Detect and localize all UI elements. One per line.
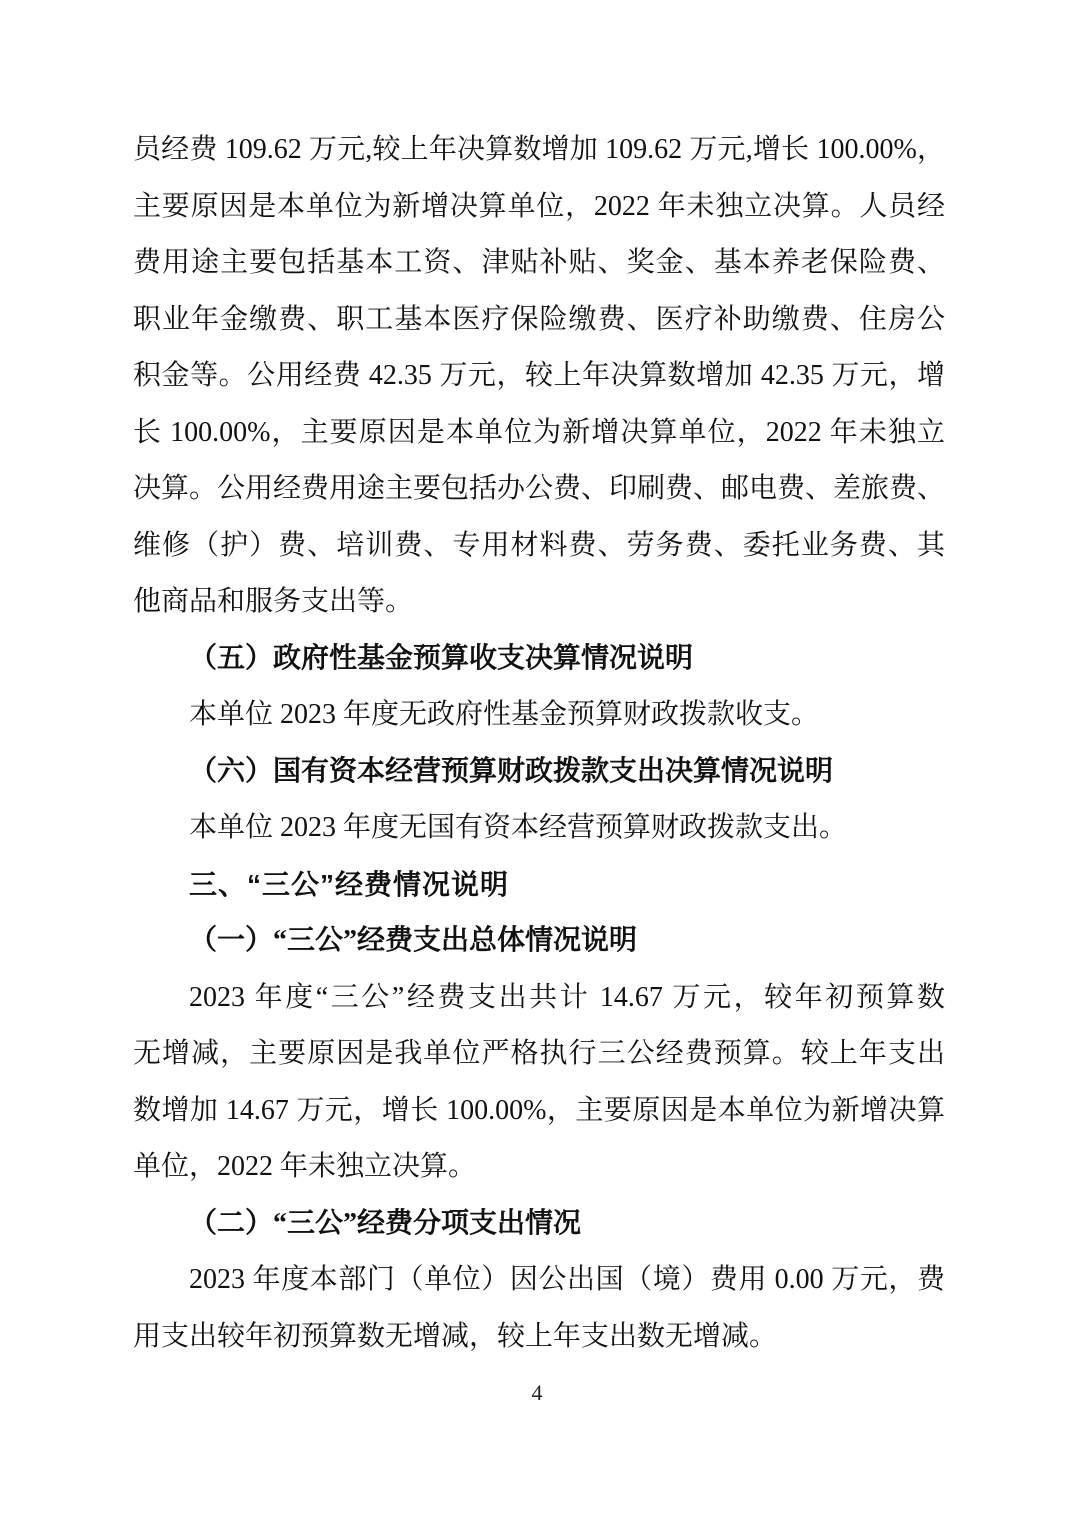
paragraph-line: 职业年金缴费、职工基本医疗保险缴费、医疗补助缴费、住房公 — [133, 292, 945, 349]
paragraph-line: 他商品和服务支出等。 — [133, 574, 945, 631]
paragraph-line: 费用途主要包括基本工资、津贴补贴、奖金、基本养老保险费、 — [133, 235, 945, 292]
paragraph-line: 本单位 2023 年度无政府性基金预算财政拨款收支。 — [133, 687, 945, 744]
paragraph-line: 单位，2022 年未独立决算。 — [133, 1139, 945, 1196]
subsection-heading-3-2: （二）“三公”经费分项支出情况 — [133, 1196, 945, 1253]
paragraph-line: 2023 年度“三公”经费支出共计 14.67 万元，较年初预算数 — [133, 970, 945, 1027]
paragraph-line: 积金等。公用经费 42.35 万元，较上年决算数增加 42.35 万元，增 — [133, 348, 945, 405]
page-number: 4 — [0, 1378, 1074, 1408]
paragraph-line: 员经费 109.62 万元,较上年决算数增加 109.62 万元,增长 100.… — [133, 122, 945, 179]
paragraph-line: 数增加 14.67 万元，增长 100.00%，主要原因是本单位为新增决算 — [133, 1083, 945, 1140]
document-page: 员经费 109.62 万元,较上年决算数增加 109.62 万元,增长 100.… — [0, 0, 1074, 1520]
paragraph-line: 主要原因是本单位为新增决算单位，2022 年未独立决算。人员经 — [133, 179, 945, 236]
paragraph-line: 本单位 2023 年度无国有资本经营预算财政拨款支出。 — [133, 800, 945, 857]
paragraph-line: 长 100.00%，主要原因是本单位为新增决算单位，2022 年未独立 — [133, 405, 945, 462]
subsection-heading-3-1: （一）“三公”经费支出总体情况说明 — [133, 913, 945, 970]
document-body: 员经费 109.62 万元,较上年决算数增加 109.62 万元,增长 100.… — [133, 122, 945, 1365]
paragraph-line: 决算。公用经费用途主要包括办公费、印刷费、邮电费、差旅费、 — [133, 461, 945, 518]
paragraph-line: 维修（护）费、培训费、专用材料费、劳务费、委托业务费、其 — [133, 518, 945, 575]
section-heading-3: 三、“三公”经费情况说明 — [133, 857, 945, 914]
paragraph-line: 用支出较年初预算数无增减，较上年支出数无增减。 — [133, 1309, 945, 1366]
paragraph-line: 无增减，主要原因是我单位严格执行三公经费预算。较上年支出 — [133, 1026, 945, 1083]
subsection-heading-5: （五）政府性基金预算收支决算情况说明 — [133, 631, 945, 688]
paragraph-line: 2023 年度本部门（单位）因公出国（境）费用 0.00 万元，费 — [133, 1252, 945, 1309]
subsection-heading-6: （六）国有资本经营预算财政拨款支出决算情况说明 — [133, 744, 945, 801]
